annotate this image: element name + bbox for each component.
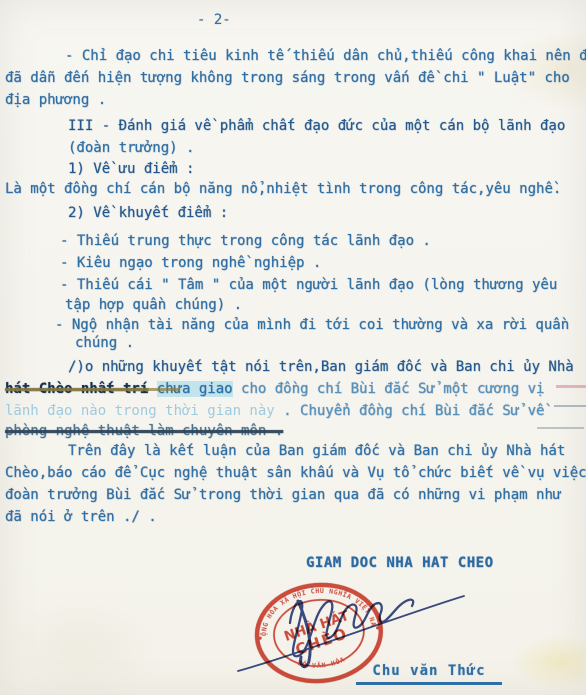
text-segment: lãnh đạo nào trong thời gian này xyxy=(5,403,283,419)
text-line: địa phương . xyxy=(5,90,106,110)
text-line: đoàn trưởng Bùi đắc Sử trong thời gian q… xyxy=(5,485,561,505)
correction-line-olive xyxy=(146,388,180,391)
text-line: III - Đánh giá về phẩm chất đạo đức của … xyxy=(68,116,565,136)
text-line: đã nói ở trên ./ . xyxy=(5,507,157,527)
text-line: chúng . xyxy=(75,333,134,353)
text-line: Là một đồng chí cán bộ năng nổ,nhiệt tìn… xyxy=(5,179,561,199)
text-line: - Ngộ nhận tài năng của mình đi tới coi … xyxy=(55,315,569,335)
scanned-document-page: - 2- - Chỉ đạo chi tiêu kinh tế thiếu dâ… xyxy=(0,0,586,695)
text-line: 2) Về khuyết điểm : xyxy=(68,203,228,223)
text-segment: . Chuyển đồng chí Bùi đắc Sử về xyxy=(283,403,544,419)
edge-mark-gray-2 xyxy=(537,427,584,429)
text-line: - Chỉ đạo chi tiêu kinh tế thiếu dân chủ… xyxy=(65,46,586,66)
text-line: - Thiếu trung thực trong công tác lãnh đ… xyxy=(60,231,431,251)
handwritten-signature-icon xyxy=(226,577,478,677)
text-line: lãnh đạo nào trong thời gian này . Chuyể… xyxy=(5,401,544,421)
text-segment: cho đồng chí Bùi đắc Sử một cương vị xyxy=(233,381,545,397)
text-line: - Kiêu ngạo trong nghề nghiệp . xyxy=(60,253,321,273)
text-line: (đoàn trưởng) . xyxy=(68,138,194,158)
text-line: 1) Về ưu điểm : xyxy=(68,159,194,179)
page-number: - 2- xyxy=(197,12,231,28)
text-segment: phòng nghệ thuật làm chuyên môn . xyxy=(5,423,283,439)
text-line: - Thiếu cái " Tâm " của một người lãnh đ… xyxy=(60,275,557,295)
text-line: đã dẫn đến hiện tượng không trong sáng t… xyxy=(5,68,570,88)
text-segment: hát Chèo nhất trí xyxy=(5,381,148,397)
edge-mark-gray-1 xyxy=(554,405,586,407)
signer-name: Chu văn Thức xyxy=(356,663,502,685)
text-line: hát Chèo nhất trí chưa giao cho đồng chí… xyxy=(5,379,544,399)
text-line: phòng nghệ thuật làm chuyên môn . xyxy=(5,421,283,441)
text-line: Chèo,báo cáo để Cục nghệ thuật sân khấu … xyxy=(5,463,586,483)
text-line: tập hợp quần chúng) . xyxy=(65,295,242,315)
text-line: /)o những khuyết tật nói trên,Ban giám đ… xyxy=(68,357,574,377)
text-line: GIAM DOC NHA HAT CHEO xyxy=(306,553,494,573)
text-line: Trên đây là kết luận của Ban giám đốc và… xyxy=(68,441,565,461)
edge-mark-pink xyxy=(556,385,586,388)
